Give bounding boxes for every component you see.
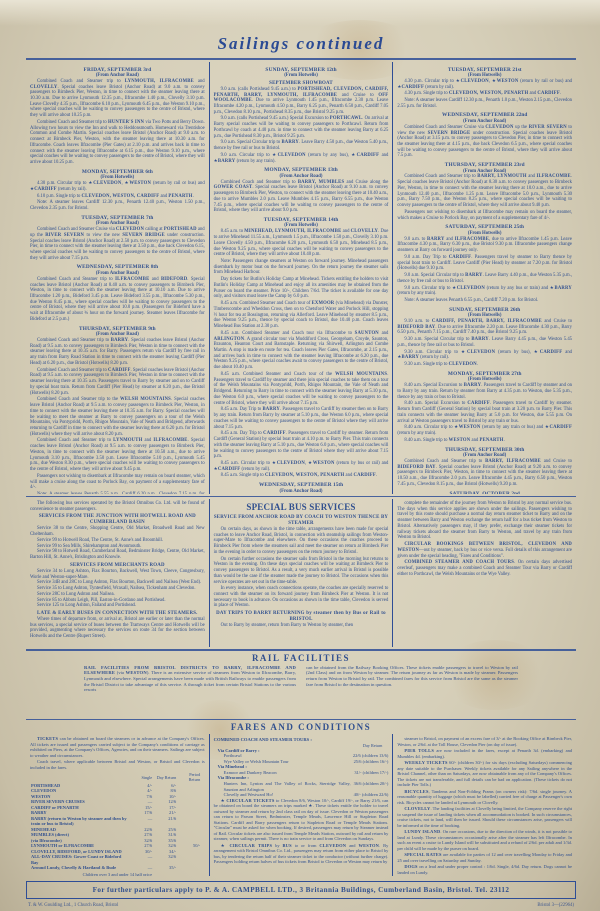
origin-heading: (From Anchor Road) — [214, 489, 389, 494]
paragraph: Combined Coach and Steamer trip to BARRY… — [30, 338, 205, 367]
paragraph: 9.0 a.m. Day Trip to CARDIFF. Passengers… — [397, 255, 572, 272]
leaflet-page: Sailings continued FRIDAY, SEPTEMBER 3rd… — [0, 0, 600, 911]
paragraph: Combined Coach and Steamer Cruise via CL… — [30, 227, 205, 261]
page-content: Sailings continued FRIDAY, SEPTEMBER 3rd… — [26, 26, 576, 908]
service-line: Service 125 to Long Ashton, Failand and … — [30, 603, 205, 609]
paragraph: 8.45 a.m. Day Trip to BARRY. Passengers … — [214, 407, 389, 430]
paragraph: PIER TOLLS are now included in the fares… — [397, 748, 572, 759]
paragraph: CIRCULAR BOOKINGS BETWEEN BRISTOL, CLEVE… — [397, 542, 572, 559]
paragraph: ★ CIRCULAR TRIPS by BUS to or from CLEVE… — [214, 843, 389, 865]
paragraph: Combined Coach and Steamer trip to LYNMO… — [30, 438, 205, 472]
paragraph: 9.0 a.m. to BARRY and ILFRACOMBE, due to… — [397, 237, 572, 254]
paragraph: Combined Coach and Steamer trip to BARRY… — [397, 174, 572, 208]
service-line: Service 98 to Hotwell Road, Cumberland R… — [30, 549, 205, 560]
paragraph: 8.40 a.m. Special Excursion to CARDIFF. … — [397, 401, 572, 424]
paragraph: Passengers not wishing to disembark at I… — [30, 474, 205, 491]
paragraph: SPECIAL RATES are available for parties … — [397, 852, 572, 863]
rail-facilities-body: RAIL FACILITIES FROM BRISTOL DISTRICTS T… — [26, 665, 576, 717]
fare-destination: BARRY (return to Weston by steamer and t… — [30, 816, 129, 827]
fare-price: — — [129, 865, 153, 871]
rail-paragraph-right: can be obtained from the Railway Booking… — [306, 665, 518, 717]
paragraph: Note: A steamer leaves Penarth 5.55 p.m.… — [30, 492, 205, 493]
fares-column-1: TICKETS can be obtained on board the ste… — [26, 734, 209, 876]
paragraph: 8.40 a.m. Special Excursion to BARRY. Pa… — [397, 383, 572, 400]
paragraph: 4.30 p.m. Circular trip to ★CLEVEDON, ★W… — [397, 79, 572, 90]
paragraph: 6.10 p.m. Single trip to CLEVEDON, WESTO… — [30, 194, 205, 200]
paragraph: 8.45 a.m. Combined Steamer and Coach tou… — [214, 301, 389, 330]
paragraph: 8.45 a.m. to MINEHEAD, LYNMOUTH, ILFRACO… — [214, 229, 389, 258]
bus-column-1: The following bus services operated by t… — [26, 499, 209, 647]
paragraph: ★ CIRCULAR TICKETS to Clevedon 8/6, West… — [214, 798, 389, 842]
paragraph: 9.0 a.m. Special Circular trip to BARRY.… — [214, 140, 389, 151]
sailings-columns: FRIDAY, SEPTEMBER 3rd(From Anchor Road)C… — [26, 62, 576, 494]
paragraph: Combined Coach and Steamer trip to BARRY… — [214, 180, 389, 214]
tour-price: 31/- (children 17/-) — [354, 770, 388, 776]
paragraph: BICYCLES, Tandems and Non-Folding Prams … — [397, 789, 572, 806]
fares-table-row: BARRY (return to Weston by steamer and t… — [30, 816, 201, 827]
fare-price: — — [129, 854, 153, 865]
sailings-column-3: TUESDAY, SEPTEMBER 21st(From Hotwells)4.… — [392, 62, 576, 494]
printer-imprint: T. & W. Goulding Ltd., 1 Church Road, Br… — [28, 903, 118, 908]
rail-facilities-heading: RAIL FACILITIES — [26, 653, 576, 663]
fares-table-header — [30, 772, 129, 782]
paragraph: 8.40 a.m. Circular trip to ★WESTON (retu… — [397, 425, 572, 436]
fares-table: SingleDay ReturnPeriod ReturnPORTISHEAD4… — [30, 772, 201, 871]
fare-price — [177, 865, 201, 871]
fare-price — [177, 854, 201, 865]
fares-column-2: COMBINED COACH AND STEAMER TOURS :Day Re… — [209, 734, 393, 876]
publisher-footer: For further particulars apply to P. & A.… — [26, 881, 576, 899]
paragraph: Note: A steamer leaves Cardiff 12.30 p.m… — [30, 200, 205, 211]
paragraph: 8.45 a.m. Combined Steamer and Coach tou… — [214, 331, 389, 371]
fare-price: — — [129, 816, 153, 827]
fares-and-conditions-section: FARES AND CONDITIONS TICKETS can be obta… — [26, 722, 576, 876]
tour-row: Wye Valley or Welsh Mountain Tour25/6 (c… — [224, 759, 389, 765]
paragraph: 8.45 a.m. Combined Steamer and Coach tou… — [214, 372, 389, 406]
tour-price: 25/6 (children 16/-) — [354, 759, 389, 765]
tour-price: 36/6 (children 20/-) — [354, 781, 389, 792]
fares-table-row: ALL-DAY CRUISES: Gower Coast or Bideford… — [30, 854, 201, 865]
paragraph: TICKETS can be obtained on board the ste… — [30, 736, 205, 758]
origin-heading: (From Hotwells) — [214, 73, 389, 79]
paragraph: Note: Passengers change steamers at West… — [214, 259, 389, 276]
paragraph: steamer to Bristol, on payment of an exc… — [397, 736, 572, 747]
paragraph: The following bus services operated by t… — [30, 501, 205, 512]
fare-price: 32/6 — [153, 854, 177, 865]
paragraph: 8.45 a.m. Single trip to CLEVEDON, WESTO… — [214, 473, 389, 479]
fare-price: 35/- — [153, 865, 177, 871]
paragraph: Combined Coach and Steamer trip to ILFRA… — [30, 277, 205, 323]
rail-paragraph-left: RAIL FACILITIES FROM BRISTOL DISTRICTS T… — [84, 665, 296, 717]
horizontal-rule — [26, 719, 576, 721]
fare-price — [177, 816, 201, 827]
paragraph: On certain days, as shown in the time ta… — [214, 527, 389, 556]
paragraph: Note: A steamer leaves Penarth 6.55 p.m.… — [397, 298, 572, 304]
service-line: Service 35 to Long Ashton, Tyntesfield, … — [30, 586, 205, 592]
sailings-column-2: SUNDAY, SEPTEMBER 12th(From Hotwells)SEP… — [209, 62, 393, 494]
paragraph: 8.45 a.m. Circular trip to ★CLEVEDON, ★W… — [214, 461, 389, 472]
paragraph: Out to Barry by steamer, return from Bar… — [214, 623, 389, 629]
page-title: Sailings continued — [26, 34, 576, 54]
paragraph: complete the remainder of the journey fr… — [397, 501, 572, 541]
paragraph: 9.0 a.m. Circular trip to ★CLEVEDON (ret… — [214, 153, 389, 164]
paragraph: Where times of departure from, or arriva… — [30, 617, 205, 640]
paragraph: 9.30 a.m. Special Circular trip to BARRY… — [397, 337, 572, 348]
children-fare-note: Children over 3 and under 14 half price — [30, 872, 205, 876]
imprint-row: T. & W. Goulding Ltd., 1 Church Road, Br… — [26, 903, 576, 908]
paragraph: 8.45 a.m. Day Trip to CARDIFF. Passenger… — [214, 431, 389, 460]
paragraph: 8.40 a.m. Single trip to WESTON and PENA… — [397, 438, 572, 444]
paragraph: Note: A steamer leaves Cardiff 12.30 p.m… — [397, 98, 572, 109]
bus-column-2: SPECIAL BUS SERVICESSERVICE FROM ANCHOR … — [209, 499, 393, 647]
rail-facilities-section: RAIL FACILITIES RAIL FACILITIES FROM BRI… — [26, 653, 576, 717]
paragraph: 9.0 a.m. Circular trip to ★CLEVEDON (ret… — [397, 286, 572, 297]
paragraph: CLOVELLY. The landing facilities at Clov… — [397, 806, 572, 828]
paragraph: 9.0 a.m. (calls Portishead 9.45 a.m.) Sp… — [214, 116, 389, 139]
fares-heading: FARES AND CONDITIONS — [26, 722, 576, 732]
fare-destination: Around Lundy, Clovelly & Hartland & Bude — [30, 865, 129, 871]
date-heading: SATURDAY, OCTOBER 2nd — [397, 491, 572, 494]
special-bus-services-section: The following bus services operated by t… — [26, 499, 576, 647]
tour-price: 40/- (children 22/6) — [354, 792, 389, 798]
paragraph: 4.30 p.m. Single trip to CLEVEDON, WESTO… — [397, 91, 572, 97]
horizontal-rule — [26, 649, 576, 651]
tour-name: Hunters Inn, Lynton and The Valley of Ro… — [224, 781, 354, 792]
paragraph: 9.0 a.m. (calls Portishead 9.45 a.m.) to… — [214, 87, 389, 116]
paragraph: 9.0 a.m. Special Circular trip to BARRY.… — [397, 273, 572, 284]
paragraph: Combined Coach and Steamer trip to HUNTE… — [30, 120, 205, 166]
paragraph: In every instance, when coach connection… — [214, 586, 389, 609]
note-heading: DAY TRIPS TO BARRY RETURNING by steamer … — [214, 611, 389, 623]
paragraph: 9.30 a.m. Single trip to CLEVEDON. — [397, 362, 572, 368]
paragraph: Combined Coach and Steamer trip to CARDI… — [30, 368, 205, 397]
note-heading: SERVICE FROM ANCHOR ROAD BY COACH TO WES… — [214, 515, 389, 527]
edition-imprint: Bristol 3—(22964) — [537, 903, 574, 908]
fare-price: 21/6 — [153, 816, 177, 827]
service-line: Service 34 to Long Ashton, Flax Bourton,… — [30, 569, 205, 580]
paragraph: Combined Coach and Steamer trip to BARRY… — [397, 459, 572, 488]
bus-column-3: complete the remainder of the journey fr… — [392, 499, 576, 647]
tour-row: Hunters Inn, Lynton and The Valley of Ro… — [224, 781, 389, 792]
paragraph: 4.30 p.m. Circular trip to ★CLEVEDON, ★W… — [30, 181, 205, 192]
fares-columns: TICKETS can be obtained on board the ste… — [26, 734, 576, 876]
paragraph: 9.10 a.m. to CARDIFF, PENARTH, BARRY, IL… — [397, 319, 572, 336]
paragraph: 9.30 a.m. Circular trip to ★CLEVEDON (re… — [397, 350, 572, 361]
paragraph: Combined Coach and Steamer trip to the W… — [30, 397, 205, 437]
paragraph: On certain further occasions the steamer… — [214, 557, 389, 586]
paragraph: Combined Coach and Steamer Cruise via CL… — [397, 125, 572, 159]
paragraph: Passengers not wishing to disembark at I… — [397, 210, 572, 221]
sailings-column-1: FRIDAY, SEPTEMBER 3rd(From Anchor Road)C… — [26, 62, 209, 494]
paragraph: LUNDY ISLAND. On rare occasions, due to … — [397, 829, 572, 851]
section-heading: SPECIAL BUS SERVICES — [214, 502, 389, 513]
paragraph: Day tickets for Butlin's Holiday Camp at… — [214, 277, 389, 300]
fares-column-3: steamer to Bristol, on payment of an exc… — [392, 734, 576, 876]
fares-table-header: Single — [129, 772, 153, 782]
service-line: Service 38 to the Centre, Shopping Centr… — [30, 526, 205, 537]
paragraph: WEEKLY TICKETS 60/- (children 30/-) for … — [397, 760, 572, 788]
fares-table-row: Around Lundy, Clovelly & Hartland & Bude… — [30, 865, 201, 871]
horizontal-rule — [26, 496, 576, 498]
horizontal-rule — [26, 58, 576, 60]
fare-destination: ALL-DAY CRUISES: Gower Coast or Bideford… — [30, 854, 129, 865]
paragraph: DOGS on a lead and under proper control … — [397, 864, 572, 875]
fares-table-header: Day Return — [153, 772, 177, 782]
paragraph: Combined Coach and Steamer trip to LYNMO… — [30, 79, 205, 119]
note-heading: SERVICES FROM THE JUNCTION WITH HOTWELL … — [30, 514, 205, 526]
paragraph: Coach travel, where applicable between B… — [30, 759, 205, 770]
paragraph: COMBINED STEAMER AND COACH TOURS. On cer… — [397, 560, 572, 577]
fares-table-header: Period Return — [177, 772, 201, 782]
